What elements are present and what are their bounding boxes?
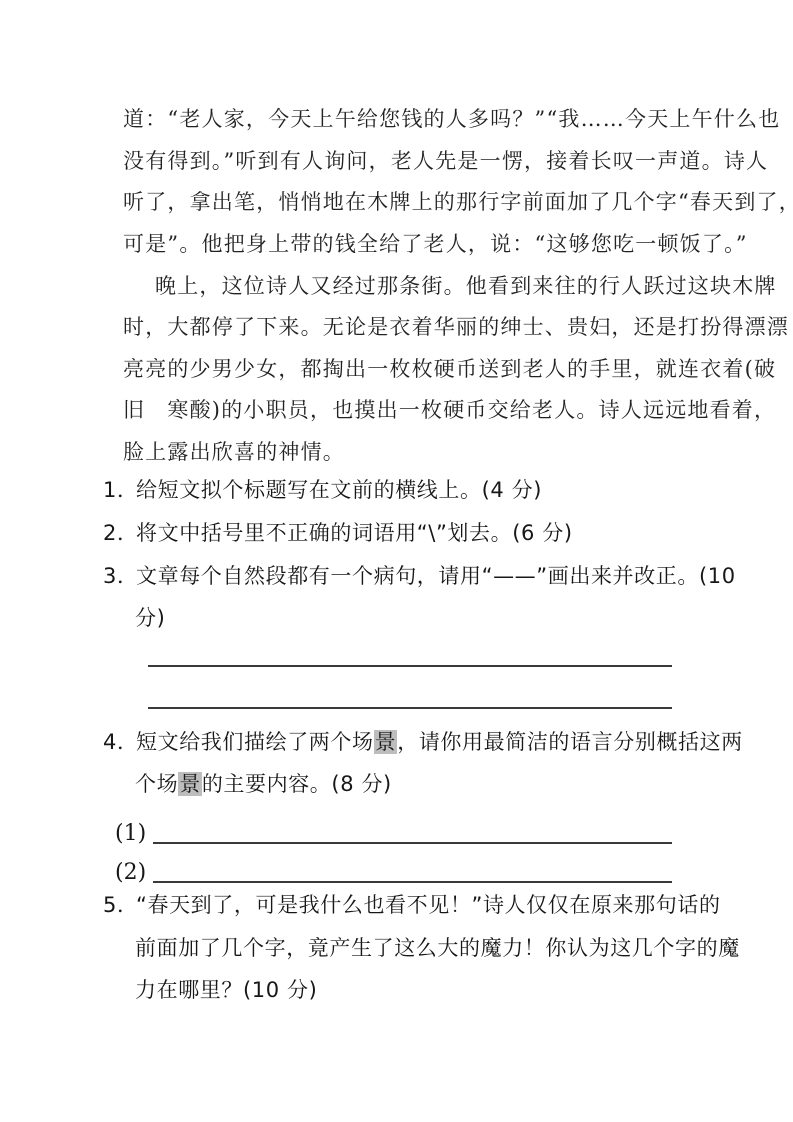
question-5-text: “春天到了，可是我什么也看不见！”诗人仅仅在原来那句话的 [136, 893, 721, 917]
passage-line: 没有得到。”听到有人询问，老人先是一愣，接着长叹一声道。诗人 [123, 149, 768, 174]
passage-line: 可是”。他把身上带的钱全给了老人，说：“这够您吃一顿饭了。” [123, 232, 748, 257]
answer-blank-line [148, 707, 672, 709]
answer-blank-line [153, 881, 672, 883]
question-4-text: 的主要内容。(8 分) [202, 772, 392, 796]
question-5-number: 5． [103, 893, 136, 918]
question-2: 2．将文中括号里不正确的词语用“\”划去。(6 分) [103, 521, 573, 546]
answer-label-2: (2) [115, 860, 146, 885]
passage-line: 时，大都停了下来。无论是衣着华丽的绅士、贵妇，还是打扮得漂漂 [123, 315, 789, 340]
question-4-text: ，请你用最简洁的语言分别概括这两 [397, 730, 743, 754]
question-2-text: 将文中括号里不正确的词语用“\”划去。(6 分) [136, 521, 573, 545]
question-3-text-continued: 分) [135, 606, 165, 631]
answer-label-1: (1) [115, 821, 146, 846]
passage-line: 脸上露出欣喜的神情。 [123, 440, 345, 465]
passage-line: 亮亮的少男少女，都掏出一枚枚硬币送到老人的手里，就连衣着(破 [123, 357, 776, 382]
passage-line: 旧 寒酸)的小职员，也摸出一枚硬币交给老人。诗人远远地看着， [123, 398, 776, 423]
question-1-text: 给短文拟个标题写在文前的横线上。(4 分) [136, 478, 542, 502]
passage-line: 道：“老人家，今天上午给您钱的人多吗？”“我……今天上午什么也 [123, 107, 780, 132]
question-2-number: 2． [103, 521, 136, 546]
question-4-text: 个场 [135, 772, 178, 796]
question-1-number: 1． [103, 478, 136, 503]
question-3-number: 3． [103, 564, 136, 589]
question-1: 1．给短文拟个标题写在文前的横线上。(4 分) [103, 478, 542, 503]
passage-line: 听了，拿出笔，悄悄地在木牌上的那行字前面加了几个字“春天到了， [123, 190, 793, 215]
question-3: 3．文章每个自然段都有一个病句，请用“——”画出来并改正。(10 [103, 564, 736, 589]
question-5-text-continued: 力在哪里？(10 分) [135, 978, 317, 1003]
answer-blank-line [153, 842, 672, 844]
question-3-text: 文章每个自然段都有一个病句，请用“——”画出来并改正。(10 [136, 564, 736, 588]
question-4: 4．短文给我们描绘了两个场景，请你用最简洁的语言分别概括这两 [103, 730, 743, 755]
highlighted-character: 景 [178, 772, 202, 796]
question-4-number: 4． [103, 730, 136, 755]
question-5-text-continued: 前面加了几个字，竟产生了这么大的魔力！你认为这几个字的魔 [135, 936, 740, 961]
question-4-text: 短文给我们描绘了两个场 [136, 730, 374, 754]
highlighted-character: 景 [374, 730, 398, 754]
question-4-text-continued: 个场景的主要内容。(8 分) [135, 772, 392, 797]
worksheet-page: 道：“老人家，今天上午给您钱的人多吗？”“我……今天上午什么也 没有得到。”听到… [0, 0, 793, 1122]
passage-line-paragraph-indent: 晚上，这位诗人又经过那条街。他看到来往的行人跃过这块木牌 [155, 274, 777, 299]
answer-blank-line [148, 665, 672, 667]
question-5: 5．“春天到了，可是我什么也看不见！”诗人仅仅在原来那句话的 [103, 893, 721, 918]
